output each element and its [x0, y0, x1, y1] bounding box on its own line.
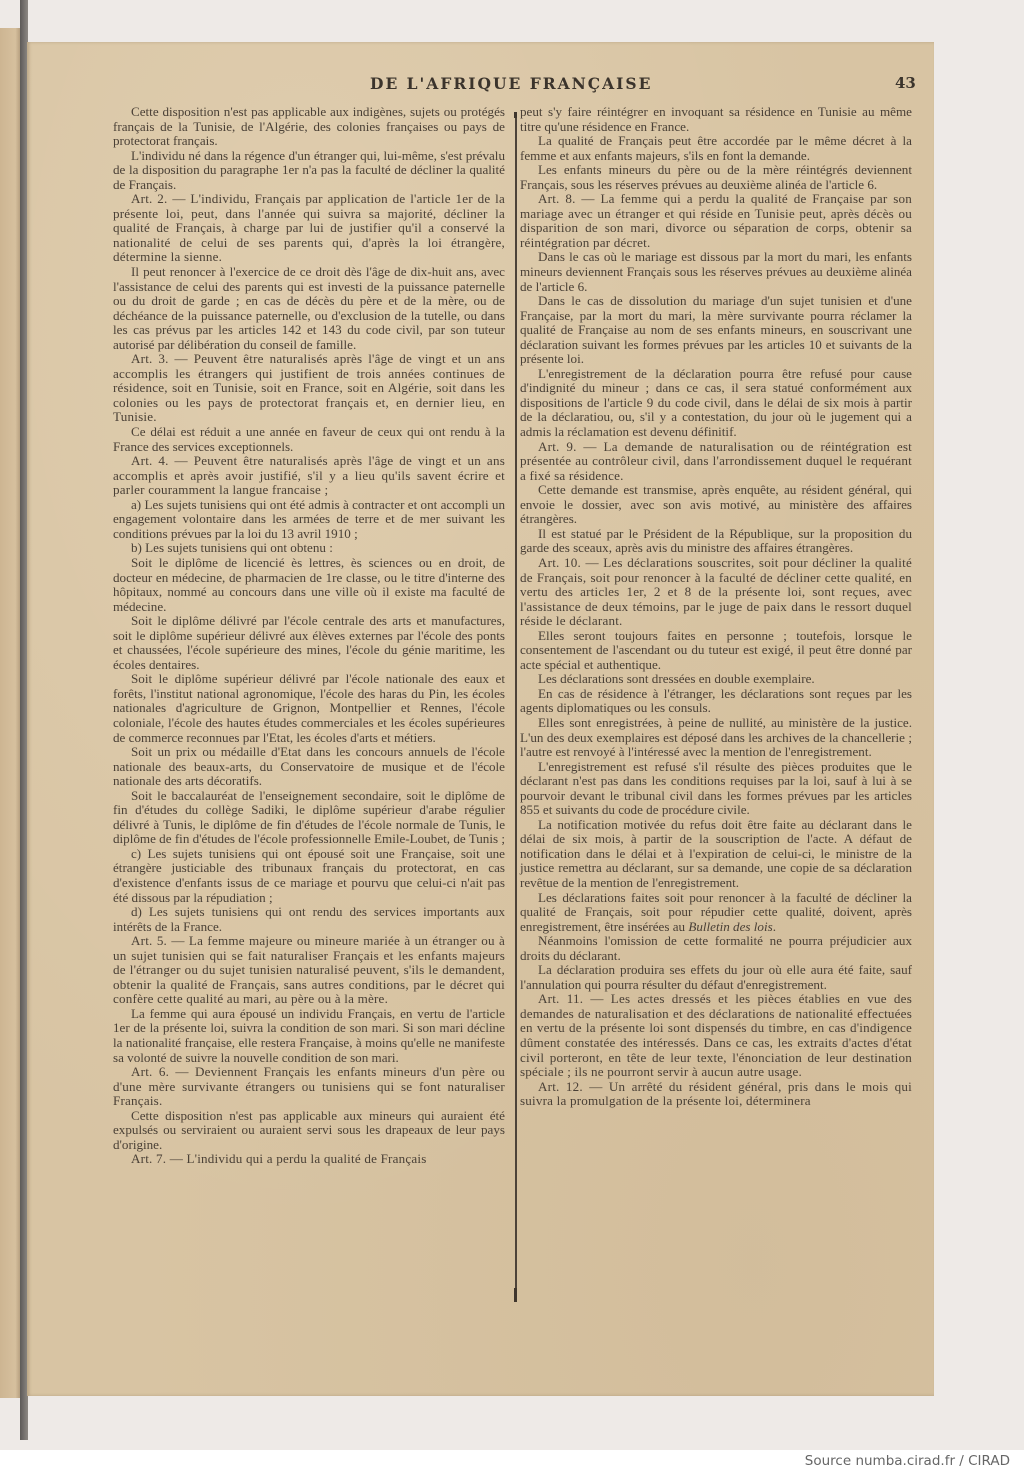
source-credit: Source numba.cirad.fr / CIRAD [805, 1453, 1010, 1469]
page-number: 43 [895, 74, 916, 92]
paragraph: Soit un prix ou médaille d'Etat dans les… [113, 745, 505, 789]
paragraph: Elles sont enregistrées, à peine de null… [520, 716, 912, 760]
paragraph: En cas de résidence à l'étranger, les dé… [520, 687, 912, 716]
article-11: Art. 11. — Les actes dressés et les pièc… [520, 992, 912, 1079]
paragraph: Cette disposition n'est pas applicable a… [113, 1109, 505, 1153]
paragraph: c) Les sujets tunisiens qui ont épousé s… [113, 847, 505, 905]
paragraph: peut s'y faire réintégrer en invoquant s… [520, 105, 912, 134]
article-8: Art. 8. — La femme qui a perdu la qualit… [520, 192, 912, 250]
paragraph: Soit le diplôme délivré par l'école cent… [113, 614, 505, 672]
running-head: DE L'AFRIQUE FRANÇAISE [370, 74, 652, 93]
paragraph: Les enfants mineurs du père ou de la mèr… [520, 163, 912, 192]
paragraph: d) Les sujets tunisiens qui ont rendu de… [113, 905, 505, 934]
paragraph: Les déclarations sont dressées en double… [520, 672, 912, 687]
paragraph: L'enregistrement de la déclaration pourr… [520, 367, 912, 440]
column-divider-tick [514, 112, 517, 118]
paragraph: Dans le cas de dissolution du mariage d'… [520, 294, 912, 367]
paragraph: Soit le baccalauréat de l'enseignement s… [113, 789, 505, 847]
column-divider-tick [514, 1288, 517, 1302]
article-4: Art. 4. — Peuvent être naturalisés après… [113, 454, 505, 498]
article-10: Art. 10. — Les déclarations souscrites, … [520, 556, 912, 629]
paragraph: a) Les sujets tunisiens qui ont été admi… [113, 498, 505, 542]
article-9: Art. 9. — La demande de naturalisation o… [520, 440, 912, 484]
paragraph: Cette demande est transmise, après enquê… [520, 483, 912, 527]
paragraph: Néanmoins l'omission de cette formalité … [520, 934, 912, 963]
paragraph: L'individu né dans la régence d'un étran… [113, 149, 505, 193]
left-column: Cette disposition n'est pas applicable a… [113, 105, 505, 1167]
paragraph: Elles seront toujours faites en personne… [520, 629, 912, 673]
text: . [773, 919, 776, 934]
paragraph: La déclaration produira ses effets du jo… [520, 963, 912, 992]
article-12: Art. 12. — Un arrêté du résident général… [520, 1080, 912, 1109]
article-5: Art. 5. — La femme majeure ou mineure ma… [113, 934, 505, 1007]
paragraph: Il est statué par le Président de la Rép… [520, 527, 912, 556]
article-7: Art. 7. — L'individu qui a perdu la qual… [113, 1152, 505, 1167]
article-2: Art. 2. — L'individu, Français par appli… [113, 192, 505, 265]
paragraph: La femme qui aura épousé un individu Fra… [113, 1007, 505, 1065]
paragraph: La notification motivée du refus doit êt… [520, 818, 912, 891]
column-divider-rule [515, 118, 517, 1298]
article-6: Art. 6. — Deviennent Français les enfant… [113, 1065, 505, 1109]
paragraph: Soit le diplôme supérieur délivré par l'… [113, 672, 505, 745]
italic-title: Bulletin des lois [688, 919, 772, 934]
article-3: Art. 3. — Peuvent être naturalisés après… [113, 352, 505, 425]
paragraph: L'enregistrement est refusé s'il résulte… [520, 760, 912, 818]
paragraph: Ce délai est réduit a une année en faveu… [113, 425, 505, 454]
paragraph: Il peut renoncer à l'exercice de ce droi… [113, 265, 505, 352]
previous-page-edge [0, 28, 22, 1398]
paragraph: Dans le cas où le mariage est dissous pa… [520, 250, 912, 294]
paragraph: Cette disposition n'est pas applicable a… [113, 105, 505, 149]
paragraph: b) Les sujets tunisiens qui ont obtenu : [113, 541, 505, 556]
paragraph: Soit le diplôme de licencié ès lettres, … [113, 556, 505, 614]
paragraph: Les déclarations faites soit pour renonc… [520, 891, 912, 935]
paragraph: La qualité de Français peut être accordé… [520, 134, 912, 163]
right-column: peut s'y faire réintégrer en invoquant s… [520, 105, 912, 1109]
